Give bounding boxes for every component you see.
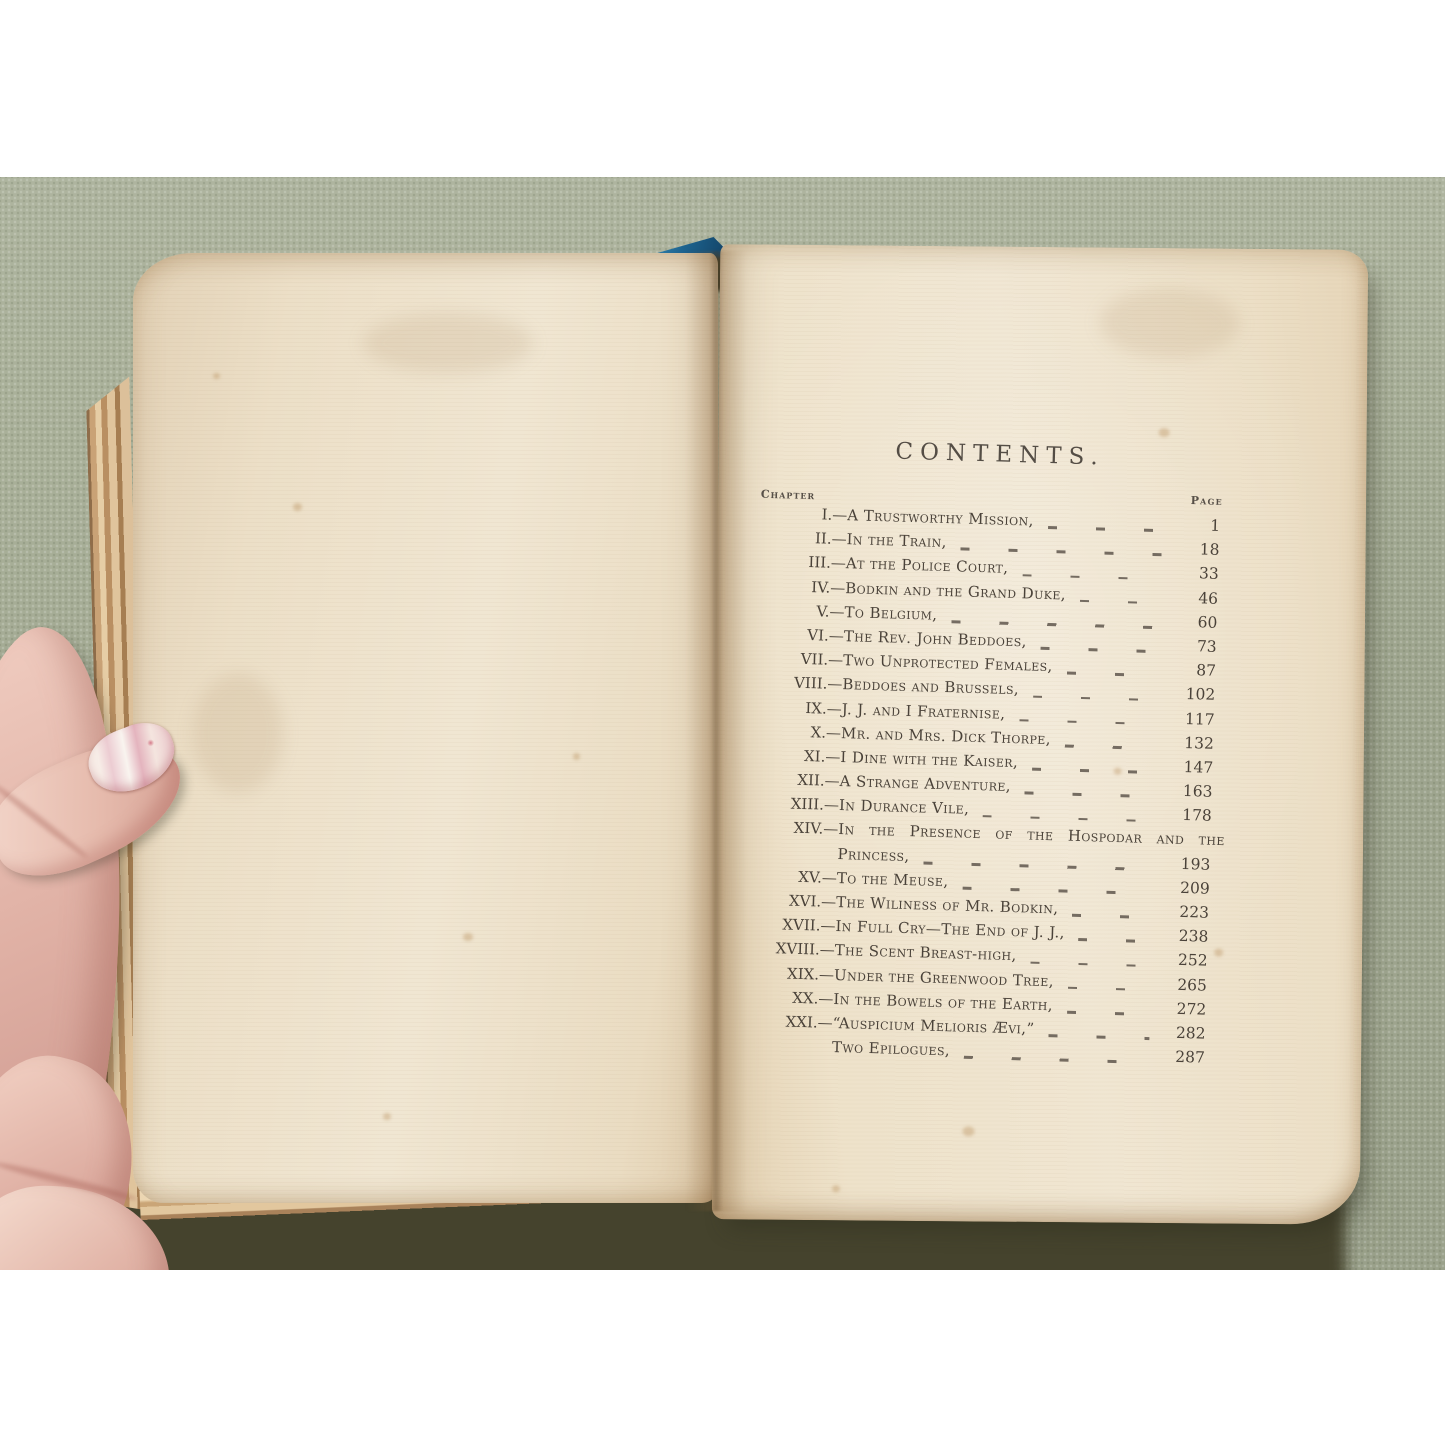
gutter-shadow [686,251,746,1211]
toc-page-number: 265 [1161,975,1223,995]
toc-chapter-numeral: III.— [753,552,846,573]
dash-leader [951,620,1161,629]
toc-page-number: 18 [1173,540,1235,560]
dash-leader [1033,695,1159,701]
toc-page-number: 287 [1159,1047,1221,1067]
foxing-spot [962,1126,974,1136]
left-page-blank [133,253,718,1203]
right-page-contents: CONTENTS. Page Chapter I.— A Trustworthy… [712,244,1368,1225]
toc-page-number: 223 [1163,902,1225,922]
dash-leader [1030,961,1151,967]
toc-chapter-numeral: IV.— [752,576,845,597]
dash-leader [1079,938,1153,943]
toc-page-number: 33 [1173,564,1235,584]
paper-stain [363,313,533,373]
toc-chapter-numeral: XVI.— [743,890,836,911]
photo-frame: CONTENTS. Page Chapter I.— A Trustworthy… [0,0,1445,1445]
toc-page-number: 117 [1168,709,1230,729]
toc-chapter-numeral: XI.— [747,745,840,766]
paper-stain [193,673,283,793]
toc-page-number: 193 [1164,854,1226,874]
toc-chapter-numeral [744,856,837,859]
toc-page-number: 147 [1167,757,1229,777]
dash-leader [962,887,1153,895]
toc-chapter-title: To Belgium, [844,603,937,624]
toc-page-number: 238 [1162,927,1224,947]
toc-chapter-numeral: V.— [751,600,844,621]
toc-chapter-title: A Strange Adventure, [839,772,1011,795]
dash-leader [961,548,1164,556]
dash-leader [1065,745,1158,750]
toc-chapter-title: A Trustworthy Mission, [847,506,1034,529]
toc-chapter-numeral: XXI.— [739,1011,832,1032]
toc-chapter-numeral: XX.— [740,987,833,1008]
toc-chapter-title: To the Meuse, [837,869,949,890]
toc-chapter-title: Two Epilogues, [832,1038,951,1059]
photo: CONTENTS. Page Chapter I.— A Trustworthy… [0,177,1445,1270]
toc-chapter-title: Beddoes and Brussels, [842,675,1019,698]
toc-page-number: 46 [1172,588,1234,608]
toc-page-number: 209 [1163,878,1225,898]
foxing-spot [573,753,580,760]
dash-leader [1068,987,1151,992]
toc-chapter-title: The Scent Breast-high, [835,941,1017,964]
toc-chapter-title: At the Police Court, [846,555,1009,578]
dash-leader [923,861,1154,870]
foxing-spot [213,373,220,379]
toc-chapter-title: Princess, [837,845,910,865]
foxing-spot [1159,428,1170,437]
toc-page-number: 252 [1161,951,1223,971]
toc-chapter-numeral: XII.— [746,769,839,790]
toc-page-number: 60 [1171,612,1233,632]
toc-page-number: 178 [1166,806,1228,826]
toc-chapter-title: J. J. and I Fraternise, [841,700,1005,723]
dash-leader [1048,1034,1149,1040]
toc-chapter-numeral: XV.— [744,866,837,887]
toc-chapter-numeral: XVIII.— [742,939,835,960]
toc-page-number: 163 [1166,782,1228,802]
toc-page-number: 272 [1160,999,1222,1019]
toc-chapter-numeral: XIII.— [746,794,839,815]
foxing-spot [463,933,473,941]
dash-leader [1067,672,1160,677]
toc-page-number: 73 [1170,636,1232,656]
dash-leader [1080,600,1162,605]
dash-leader [1019,719,1158,726]
toc-chapter-numeral [739,1049,832,1052]
toc-chapter-numeral: VI.— [751,624,844,645]
dash-leader [1048,526,1164,532]
paper-stain [1099,288,1240,359]
toc-chapter-numeral: VII.— [750,649,843,670]
dash-leader [1041,647,1161,653]
foxing-spot [832,1185,840,1192]
page-title: CONTENTS. [762,435,1239,475]
dash-leader [983,815,1156,823]
dash-leader [964,1056,1149,1064]
dash-leader [1022,574,1162,581]
toc-page-number: 1 [1174,516,1236,536]
toc-chapter-title: The Rev. John Beddoes, [844,627,1028,650]
toc-chapter-title: In Durance Vile, [839,796,970,818]
foxing-spot [293,503,302,511]
foxing-spot [383,1113,391,1120]
toc-page-number: 102 [1169,685,1231,705]
toc-chapter-numeral: X.— [748,721,841,742]
toc-chapter-numeral: VIII.— [749,673,842,694]
toc-page-number: 87 [1170,661,1232,681]
toc-chapter-title: I Dine with the Kaiser, [840,748,1018,771]
toc-chapter-numeral: I.— [754,503,847,524]
toc-page-number: 282 [1159,1023,1221,1043]
dash-leader [1072,914,1153,919]
table-of-contents: CONTENTS. Page Chapter I.— A Trustworthy… [739,435,1239,1074]
toc-chapter-title: In the Train, [846,530,947,551]
toc-chapter-numeral: XVII.— [742,915,835,936]
dash-leader [1025,792,1157,798]
dash-leader [1032,768,1157,774]
toc-list: I.— A Trustworthy Mission, 1 II.— In the… [739,503,1237,1073]
toc-chapter-numeral: II.— [753,528,846,549]
toc-chapter-numeral: XIV.— [745,818,838,839]
toc-chapter-numeral: XIX.— [741,963,834,984]
dash-leader [1067,1011,1150,1016]
toc-chapter-numeral: IX.— [749,697,842,718]
toc-page-number: 132 [1168,733,1230,753]
